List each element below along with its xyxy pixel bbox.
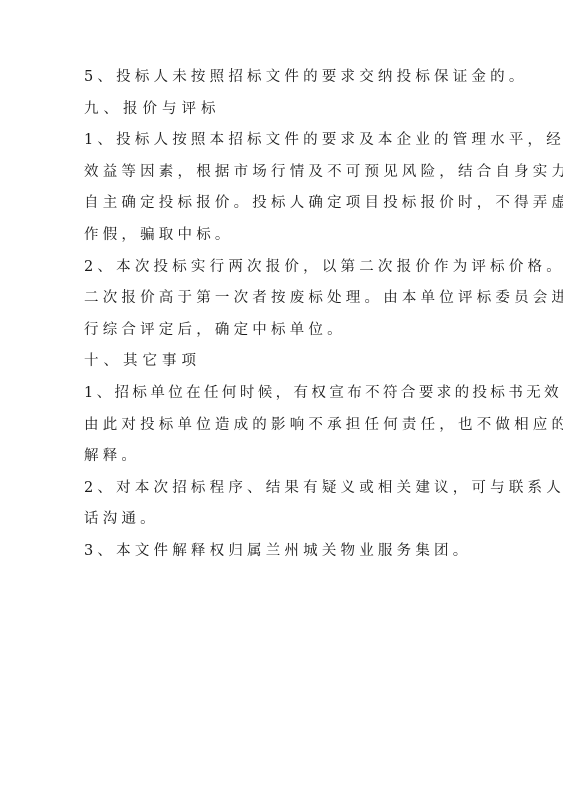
clause-5-unpaid-deposit: 5、投标人未按照招标文件的要求交纳投标保证金的。 xyxy=(84,62,480,94)
section-heading-bidding-and-evaluation: 九、报价与评标 xyxy=(84,94,480,126)
pricing-clause-1-line-1: 1、投标人按照本招标文件的要求及本企业的管理水平，经济 xyxy=(84,125,480,157)
other-clause-2-line-1: 2、对本次招标程序、结果有疑义或相关建议，可与联系人电 xyxy=(84,473,480,505)
pricing-clause-2-line-2: 二次报价高于第一次者按废标处理。由本单位评标委员会进 xyxy=(84,283,480,315)
other-clause-2-line-2: 话沟通。 xyxy=(84,504,480,536)
document-page: 5、投标人未按照招标文件的要求交纳投标保证金的。 九、报价与评标 1、投标人按照… xyxy=(84,62,480,568)
pricing-clause-2-line-1: 2、本次投标实行两次报价，以第二次报价作为评标价格。第 xyxy=(84,252,480,284)
pricing-clause-1-line-3: 自主确定投标报价。投标人确定项目投标报价时，不得弄虚 xyxy=(84,188,480,220)
pricing-clause-2-line-3: 行综合评定后，确定中标单位。 xyxy=(84,315,480,347)
other-clause-1-line-1: 1、招标单位在任何时候，有权宣布不符合要求的投标书无效， xyxy=(84,378,480,410)
pricing-clause-1-line-2: 效益等因素，根据市场行情及不可预见风险，结合自身实力 xyxy=(84,157,480,189)
pricing-clause-1-line-4: 作假，骗取中标。 xyxy=(84,220,480,252)
other-clause-1-line-3: 解释。 xyxy=(84,441,480,473)
other-clause-1-line-2: 由此对投标单位造成的影响不承担任何责任，也不做相应的 xyxy=(84,410,480,442)
section-heading-other-matters: 十、其它事项 xyxy=(84,346,480,378)
other-clause-3: 3、本文件解释权归属兰州城关物业服务集团。 xyxy=(84,536,480,568)
